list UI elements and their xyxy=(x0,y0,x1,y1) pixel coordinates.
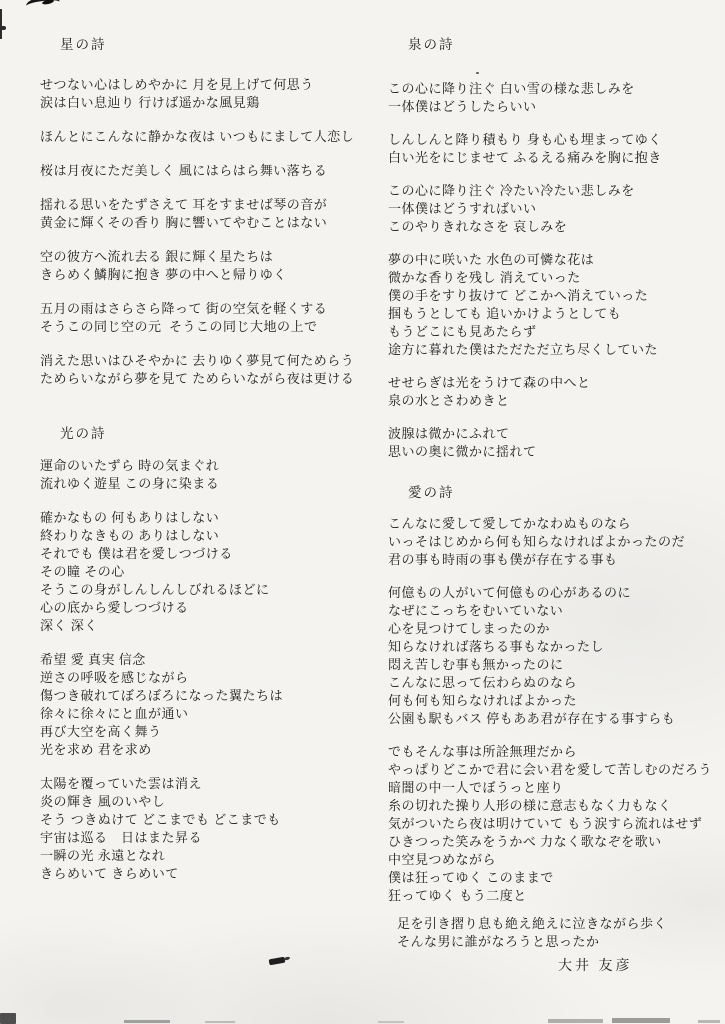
poem-line: 宇宙は巡る 日はまた昇る xyxy=(40,829,380,847)
poem-line: 炎の輝き 風のいやし xyxy=(40,793,380,811)
poem-line: 僕は狂ってゆく このままで xyxy=(388,869,725,887)
stanza: 確かなもの 何もありはしない終わりなきもの ありはしないそれでも 僕は君を愛しつ… xyxy=(40,509,380,635)
scan-artifact-left-edge-nub xyxy=(0,26,6,30)
poem-title: 愛の詩 xyxy=(408,484,725,502)
poem-title: 泉の詩 xyxy=(408,36,725,54)
poem-line: 僕の手をすり抜けて どこかへ消えていった xyxy=(388,287,725,305)
poem-line: 一体僕はどうすればいい xyxy=(388,200,725,218)
poem-line: 空の彼方へ流れ去る 銀に輝く星たちは xyxy=(40,248,380,266)
stanza: 夢の中に咲いた 水色の可憐な花は微かな香りを残し 消えていった僕の手をすり抜けて… xyxy=(388,251,725,359)
poem-line: こんなに思って伝わらぬのなら xyxy=(388,674,725,692)
poem-line: 五月の雨はさらさら降って 街の空気を軽くする xyxy=(40,300,380,318)
poem-line: 途方に暮れた僕はただただ立ち尽くしていた xyxy=(388,341,725,359)
poem-line: 糸の切れた操り人形の様に意志もなく力もなく xyxy=(388,797,725,815)
poem-line: 知らなければ落ちる事もなかったし xyxy=(388,638,725,656)
stanza: 希望 愛 真実 信念逆さの呼吸を感じながら傷つき破れてぼろぼろになった翼たちは徐… xyxy=(40,651,380,759)
poem-line: 君の事も時雨の事も僕が存在する事も xyxy=(388,551,725,569)
stanza: 揺れる思いをたずさえて 耳をすませば琴の音が黄金に輝くその香り 胸に響いてやむこ… xyxy=(40,196,380,232)
poem-title: 光の詩 xyxy=(60,425,380,443)
poem-line: 何億もの人がいて何億もの心があるのに xyxy=(388,584,725,602)
poem-line: 終わりなきもの ありはしない xyxy=(40,527,380,545)
poem-line: 何も何も知らなければよかった xyxy=(388,692,725,710)
poem-line: なぜにこっちをむいていない xyxy=(388,602,725,620)
poem-line: せせらぎは光をうけて森の中へと xyxy=(388,374,725,392)
scan-artifact-bottom-speck xyxy=(612,1018,670,1023)
poem-line: このやりきれなさを 哀しみを xyxy=(388,218,725,236)
poem-line: いっそはじめから何も知らなければよかったのだ xyxy=(388,533,725,551)
stanza: でもそんな事は所詮無理だからやっぱりどこかで君に会い君を愛して苦しむのだろう暗闇… xyxy=(388,743,725,905)
poem-line: こんなに愛して愛してかなわぬものなら xyxy=(388,515,725,533)
poem-line: ためらいながら夢を見て ためらいながら夜は更ける xyxy=(40,370,380,388)
poem-line: 狂ってゆく もう二度と xyxy=(388,887,725,905)
poem-line: 掴もうとしても 追いかけようとしても xyxy=(388,305,725,323)
poem-line: ひきつった笑みをうかべ 力なく歌なぞを歌い xyxy=(388,833,725,851)
poem-line: ほんとにこんなに静かな夜は いつもにまして人恋し xyxy=(40,128,380,146)
scan-artifact-top-swoosh xyxy=(25,0,60,13)
poem-line: 光を求め 君を求め xyxy=(40,741,380,759)
poem-line: 黄金に輝くその香り 胸に響いてやむことはない xyxy=(40,214,380,232)
scan-artifact-bottom-speck xyxy=(205,1021,235,1023)
poem-line: 確かなもの 何もありはしない xyxy=(40,509,380,527)
left-column: 星の詩せつない心はしめやかに 月を見上げて何思う涙は白い息辿り 行けば遥かな風見… xyxy=(40,36,380,883)
stanza: ほんとにこんなに静かな夜は いつもにまして人恋し xyxy=(40,128,380,146)
poem-line: 揺れる思いをたずさえて 耳をすませば琴の音が xyxy=(40,196,380,214)
poem-line: しんしんと降り積もり 身も心も埋まってゆく xyxy=(388,131,725,149)
stanza: こんなに愛して愛してかなわぬものならいっそはじめから何も知らなければよかったのだ… xyxy=(388,515,725,569)
stanza: 桜は月夜にただ美しく 風にはらはら舞い落ちる xyxy=(40,162,380,180)
poem-line: 逆さの呼吸を感じながら xyxy=(40,669,380,687)
stanza: せせらぎは光をうけて森の中へと泉の水とさわめきと xyxy=(388,374,725,410)
scan-artifact-bottom-speck xyxy=(124,1020,170,1023)
author-name: 大井 友彦 xyxy=(558,955,633,975)
stanza: 波腺は微かにふれて思いの奥に微かに揺れて xyxy=(388,425,725,461)
poem-line: この心に降り注ぐ 冷たい冷たい悲しみを xyxy=(388,182,725,200)
poem-line: 足を引き摺り息も絶え絶えに泣きながら歩く xyxy=(397,915,725,933)
stanza: 太陽を覆っていた雲は消え炎の輝き 風のいやしそう つきぬけて どこまでも どこま… xyxy=(40,775,380,883)
poem-line: そうこの身がしんしんしびれるほどに xyxy=(40,581,380,599)
scan-artifact-top-blob xyxy=(42,0,55,5)
poem-line: 流れゆく遊星 この身に染まる xyxy=(40,475,380,493)
scan-artifact-left-edge-line xyxy=(0,9,2,39)
poem-line: この心に降り注ぐ 白い雪の様な悲しみを xyxy=(388,80,725,98)
scanned-lyrics-page: 星の詩せつない心はしめやかに 月を見上げて何思う涙は白い息辿り 行けば遥かな風見… xyxy=(0,0,725,1024)
poem-line: 再び大空を高く舞う xyxy=(40,723,380,741)
poem-line: そんな男に誰がなろうと思ったか xyxy=(397,933,725,951)
poem-line: 涙は白い息辿り 行けば遥かな風見鶏 xyxy=(40,94,380,112)
poem-title: 星の詩 xyxy=(60,36,380,54)
poem-hoshi: 星の詩せつない心はしめやかに 月を見上げて何思う涙は白い息辿り 行けば遥かな風見… xyxy=(40,36,380,388)
poem-line: 夢の中に咲いた 水色の可憐な花は xyxy=(388,251,725,269)
scan-artifact-ink-smudge xyxy=(269,957,286,966)
scan-artifact-bottom-speck xyxy=(548,1019,603,1023)
poem-ai: 愛の詩こんなに愛して愛してかなわぬものならいっそはじめから何も知らなければよかっ… xyxy=(388,484,725,951)
stanza: せつない心はしめやかに 月を見上げて何思う涙は白い息辿り 行けば遥かな風見鶏 xyxy=(40,76,380,112)
stanza: この心に降り注ぐ 白い雪の様な悲しみを一体僕はどうしたらいい xyxy=(388,80,725,116)
stanza: 足を引き摺り息も絶え絶えに泣きながら歩くそんな男に誰がなろうと思ったか xyxy=(397,915,725,951)
poem-line: それでも 僕は君を愛しつづける xyxy=(40,545,380,563)
poem-line: その瞳 その心 xyxy=(40,563,380,581)
scan-artifact-bottom-speck xyxy=(378,1021,404,1023)
poem-line: 悶え苦しむ事も無かったのに xyxy=(388,656,725,674)
poem-line: 暗闇の中一人でぼうっと座り xyxy=(388,779,725,797)
poem-line: 桜は月夜にただ美しく 風にはらはら舞い落ちる xyxy=(40,162,380,180)
poem-line: せつない心はしめやかに 月を見上げて何思う xyxy=(40,76,380,94)
stanza: 空の彼方へ流れ去る 銀に輝く星たちはきらめく鱗胸に抱き 夢の中へと帰りゆく xyxy=(40,248,380,284)
scan-artifact-ink-smudge-tail xyxy=(284,956,291,960)
poem-line: 波腺は微かにふれて xyxy=(388,425,725,443)
poem-line: 徐々に徐々にと血が通い xyxy=(40,705,380,723)
poem-line: そう つきぬけて どこまでも どこまでも xyxy=(40,811,380,829)
stanza: 消えた思いはひそやかに 去りゆく夢見て何ためらうためらいながら夢を見て ためらい… xyxy=(40,352,380,388)
stanza: 運命のいたずら 時の気まぐれ流れゆく遊星 この身に染まる xyxy=(40,457,380,493)
poem-line: 一瞬の光 永遠となれ xyxy=(40,847,380,865)
scan-artifact-bottom-speck xyxy=(698,1020,720,1023)
stanza: 五月の雨はさらさら降って 街の空気を軽くするそうこの同じ空の元 そうこの同じ大地… xyxy=(40,300,380,336)
poem-line: 傷つき破れてぼろぼろになった翼たちは xyxy=(40,687,380,705)
poem-line: 希望 愛 真実 信念 xyxy=(40,651,380,669)
poem-line: 白い光をにじませて ふるえる痛みを胸に抱き xyxy=(388,149,725,167)
poem-line: 消えた思いはひそやかに 去りゆく夢見て何ためらう xyxy=(40,352,380,370)
poem-line: やっぱりどこかで君に会い君を愛して苦しむのだろう xyxy=(388,761,725,779)
poem-line: でもそんな事は所詮無理だから xyxy=(388,743,725,761)
poem-line: 公園も駅もバス 停もああ君が存在する事すらも xyxy=(388,710,725,728)
right-column: 泉の詩この心に降り注ぐ 白い雪の様な悲しみを一体僕はどうしたらいいしんしんと降り… xyxy=(388,36,725,951)
scan-artifact-bottom-speck xyxy=(0,1013,16,1024)
poem-line: 泉の水とさわめきと xyxy=(388,392,725,410)
poem-line: 運命のいたずら 時の気まぐれ xyxy=(40,457,380,475)
poem-line: きらめく鱗胸に抱き 夢の中へと帰りゆく xyxy=(40,266,380,284)
poem-line: 思いの奥に微かに揺れて xyxy=(388,443,725,461)
poem-line: 気がついたら夜は明けていて もう涙すら流れはせず xyxy=(388,815,725,833)
poem-line: もうどこにも見あたらず xyxy=(388,323,725,341)
stanza: しんしんと降り積もり 身も心も埋まってゆく白い光をにじませて ふるえる痛みを胸に… xyxy=(388,131,725,167)
poem-izumi: 泉の詩この心に降り注ぐ 白い雪の様な悲しみを一体僕はどうしたらいいしんしんと降り… xyxy=(388,36,725,461)
poem-line: 深く 深く xyxy=(40,617,380,635)
poem-line: 太陽を覆っていた雲は消え xyxy=(40,775,380,793)
poem-line: 心を見つけてしまったのか xyxy=(388,620,725,638)
poem-line: そうこの同じ空の元 そうこの同じ大地の上で xyxy=(40,318,380,336)
poem-line: きらめいて きらめいて xyxy=(40,865,380,883)
poem-line: 一体僕はどうしたらいい xyxy=(388,98,725,116)
poem-line: 心の底から愛しつづける xyxy=(40,599,380,617)
stanza: この心に降り注ぐ 冷たい冷たい悲しみを一体僕はどうすればいいこのやりきれなさを … xyxy=(388,182,725,236)
poem-line: 微かな香りを残し 消えていった xyxy=(388,269,725,287)
poem-hikari: 光の詩運命のいたずら 時の気まぐれ流れゆく遊星 この身に染まる確かなもの 何もあ… xyxy=(40,425,380,883)
poem-line: 中空見つめながら xyxy=(388,851,725,869)
stanza: 何億もの人がいて何億もの心があるのになぜにこっちをむいていない心を見つけてしまっ… xyxy=(388,584,725,728)
